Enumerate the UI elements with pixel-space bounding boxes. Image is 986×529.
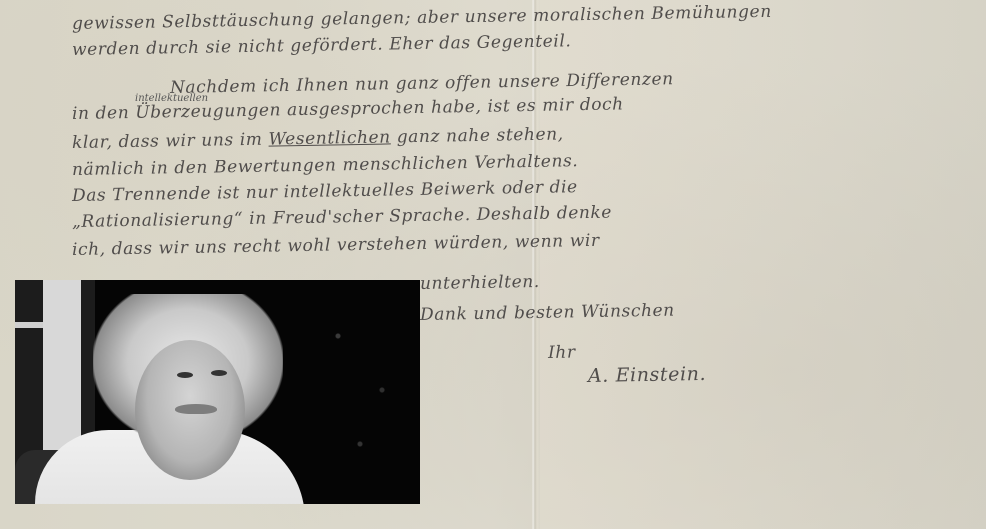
photo-eye-left [177, 372, 193, 378]
underlined-word: Wesentlichen [268, 127, 391, 149]
letter-line-10: unterhielten. [420, 272, 540, 294]
letter-closing: Ihr [548, 343, 576, 363]
photo-window-pane [43, 280, 81, 455]
photo-window-bar [15, 322, 43, 328]
photo-eye-right [211, 370, 227, 376]
letter-signature: A. Einstein. [588, 363, 707, 387]
photo-background-specks [305, 300, 415, 480]
portrait-photo [15, 280, 420, 504]
photo-mustache [175, 404, 217, 414]
